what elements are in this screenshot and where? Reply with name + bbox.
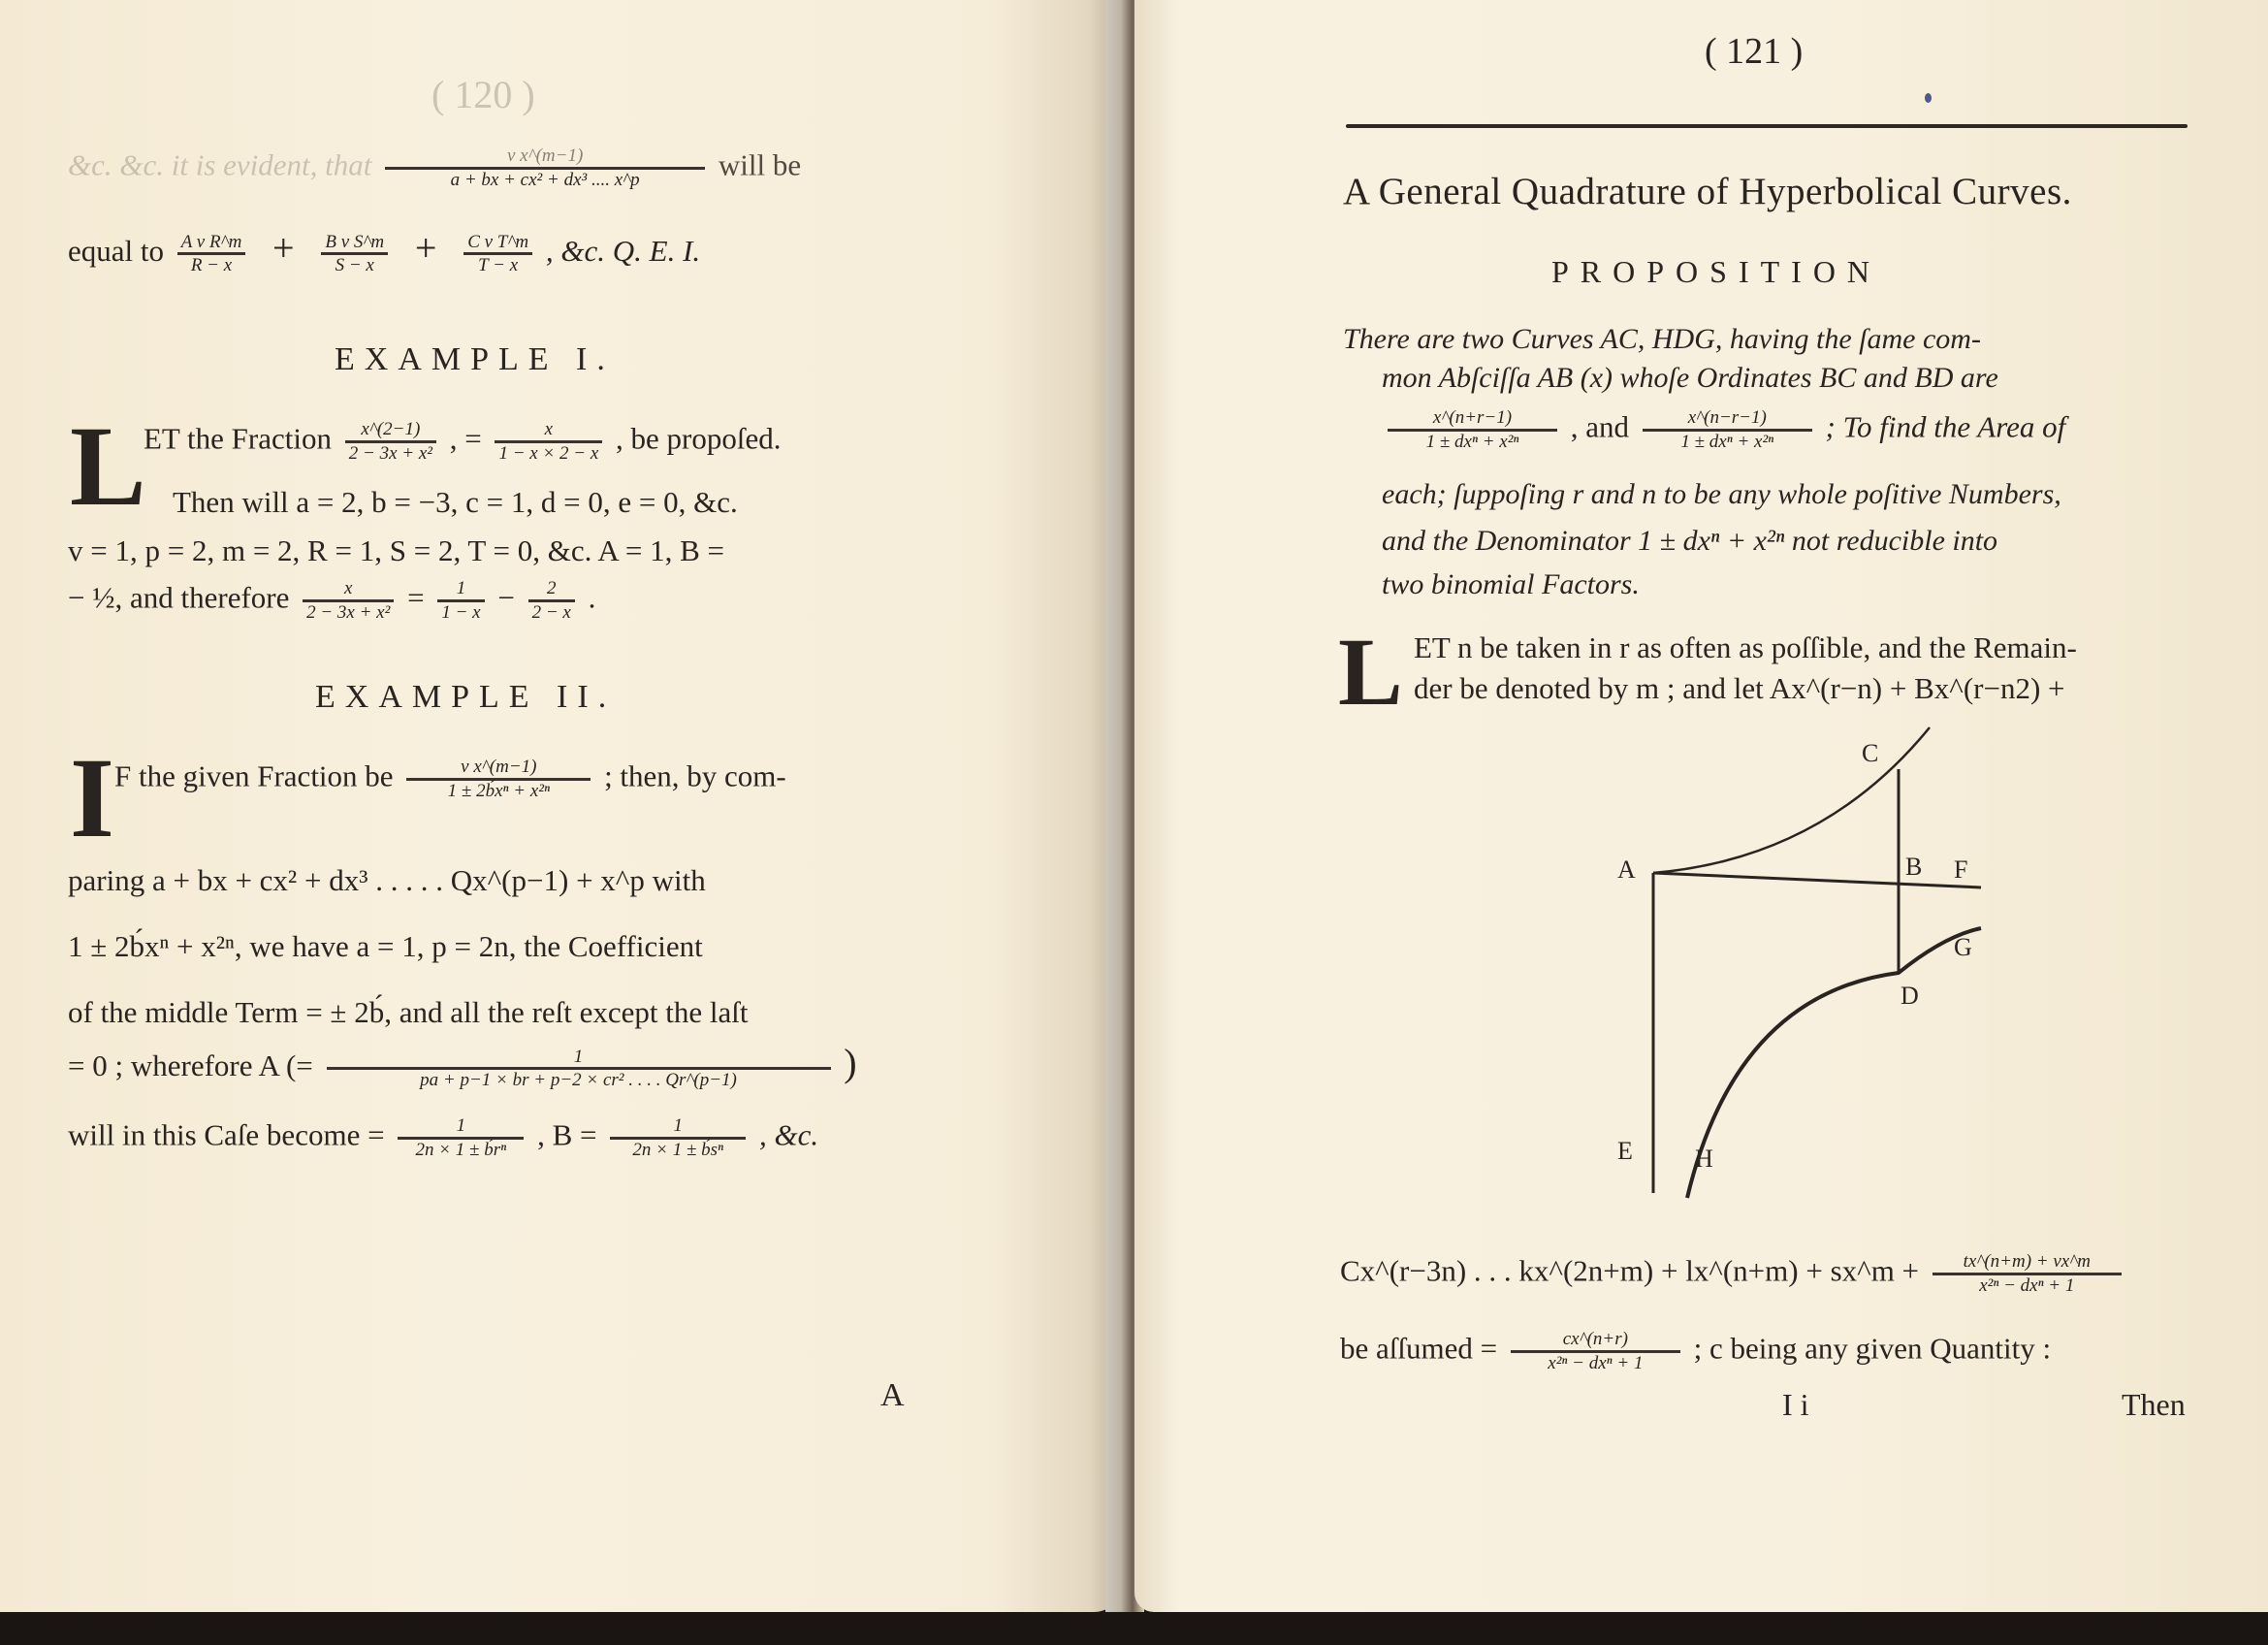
ex1-line-4: − ½, and therefore x2 − 3x + x² = 11 − x…: [68, 578, 595, 624]
page-number-right: ( 121 ): [1705, 33, 1803, 70]
fraction: 22 − x: [528, 578, 575, 624]
label-H: H: [1695, 1145, 1713, 1173]
ex2-line-6: will in this Caſe become = 12n × 1 ± b́r…: [68, 1115, 818, 1161]
fraction: x^(2−1)2 − 3x + x²: [345, 419, 436, 465]
fraction: x^(n+r−1)1 ± dxⁿ + x²ⁿ: [1388, 407, 1557, 453]
label-A: A: [1617, 855, 1636, 884]
catchword: Then: [2122, 1389, 2186, 1420]
fraction: A v R^mR − x: [177, 232, 246, 277]
label-C: C: [1862, 739, 1878, 767]
proposition-heading: PROPOSITION: [1551, 254, 1881, 290]
dropcap-L: L: [70, 415, 146, 518]
left-line-1: &c. &c. it is evident, that v x^(m−1) a …: [68, 145, 801, 191]
example-1-heading: EXAMPLE I.: [335, 341, 615, 378]
prop-line-6: two binomial Factors.: [1382, 570, 1640, 599]
fraction: v x^(m−1)1 ± 2b́xⁿ + x²ⁿ: [406, 757, 591, 802]
signature-mark-left: A: [880, 1379, 905, 1412]
blue-dot: [1925, 93, 1932, 103]
fraction: 1pa + p−1 × br + p−2 × cr² . . . . Qr^(p…: [327, 1047, 831, 1092]
ex1-line-3: v = 1, p = 2, m = 2, R = 1, S = 2, T = 0…: [68, 535, 724, 565]
chapter-title: A General Quadrature of Hyperbolical Cur…: [1343, 170, 2072, 213]
ex2-line-5: = 0 ; wherefore A (= 1pa + p−1 × br + p−…: [68, 1044, 857, 1091]
label-F: F: [1954, 855, 1967, 884]
ex1-line-2: Then will a = 2, b = −3, c = 1, d = 0, e…: [173, 487, 738, 517]
fraction: v x^(m−1) a + bx + cx² + dx³ .... x^p: [385, 145, 705, 191]
dropcap-L-right: L: [1338, 629, 1403, 716]
left-line-1-post: will be: [719, 147, 801, 181]
dropcap-I: I: [70, 747, 114, 850]
ex2-line-4: of the middle Term = ± 2b́, and all the …: [68, 997, 748, 1027]
label-B: B: [1905, 853, 1922, 881]
label-G: G: [1954, 933, 1972, 961]
ex2-line-1: F the given Fraction be v x^(m−1)1 ± 2b́…: [114, 757, 786, 802]
equation-line-1: Cx^(r−3n) . . . kx^(2n+m) + lx^(n+m) + s…: [1340, 1251, 2127, 1297]
prop-line-3: x^(n+r−1)1 ± dxⁿ + x²ⁿ , and x^(n−r−1)1 …: [1382, 407, 2065, 453]
ex1-line-1: ET the Fraction x^(2−1)2 − 3x + x² , = x…: [144, 419, 782, 465]
header-rule: [1346, 124, 2188, 128]
fraction: 11 − x: [437, 578, 484, 624]
fraction: C v T^mT − x: [463, 232, 532, 277]
example-2-heading: EXAMPLE II.: [315, 679, 616, 716]
label-D: D: [1901, 982, 1919, 1010]
left-page: ( 120 ) &c. &c. it is evident, that v x^…: [0, 0, 1123, 1612]
fraction: cx^(n+r)x²ⁿ − dxⁿ + 1: [1511, 1329, 1680, 1374]
hyperbola-figure: C A B F G D E H: [1406, 713, 1988, 1217]
fraction: tx^(n+m) + vx^mx²ⁿ − dxⁿ + 1: [1933, 1251, 2122, 1297]
fraction: 12n × 1 ± b́sⁿ: [610, 1115, 746, 1161]
prop-line-5: and the Denominator 1 ± dxⁿ + x²ⁿ not re…: [1382, 527, 1997, 556]
body-line-1: ET n be taken in r as often as poſſible,…: [1414, 632, 2077, 662]
left-line-1-pre: &c. &c. it is evident, that: [68, 147, 371, 181]
prop-line-1: There are two Curves AC, HDG, having the…: [1343, 325, 1981, 354]
label-E: E: [1617, 1137, 1633, 1165]
right-page: ( 121 ) A General Quadrature of Hyperbol…: [1134, 0, 2268, 1612]
fraction: 12n × 1 ± b́rⁿ: [398, 1115, 524, 1161]
ex2-line-2: paring a + bx + cx² + dx³ . . . . . Qx^(…: [68, 865, 706, 895]
ex2-line-3: 1 ± 2b́xⁿ + x²ⁿ, we have a = 1, p = 2n, …: [68, 931, 703, 961]
equation-line-2: be aſſumed = cx^(n+r)x²ⁿ − dxⁿ + 1 ; c b…: [1340, 1329, 2051, 1374]
body-line-2: der be denoted by m ; and let Ax^(r−n) +…: [1414, 673, 2065, 703]
fraction: B v S^mS − x: [321, 232, 388, 277]
fraction: x^(n−r−1)1 ± dxⁿ + x²ⁿ: [1643, 407, 1812, 453]
fraction: x2 − 3x + x²: [303, 578, 394, 624]
fraction: x1 − x × 2 − x: [495, 419, 602, 465]
page-number-left: ( 120 ): [431, 76, 535, 114]
signature-mark-right: I i: [1782, 1389, 1809, 1420]
prop-line-2: mon Abſciſſa AB (x) whoſe Ordinates BC a…: [1382, 364, 1998, 393]
left-line-2: equal to A v R^mR − x + B v S^mS − x + C…: [68, 229, 700, 276]
prop-line-4: each; ſuppoſing r and n to be any whole …: [1382, 480, 2061, 509]
